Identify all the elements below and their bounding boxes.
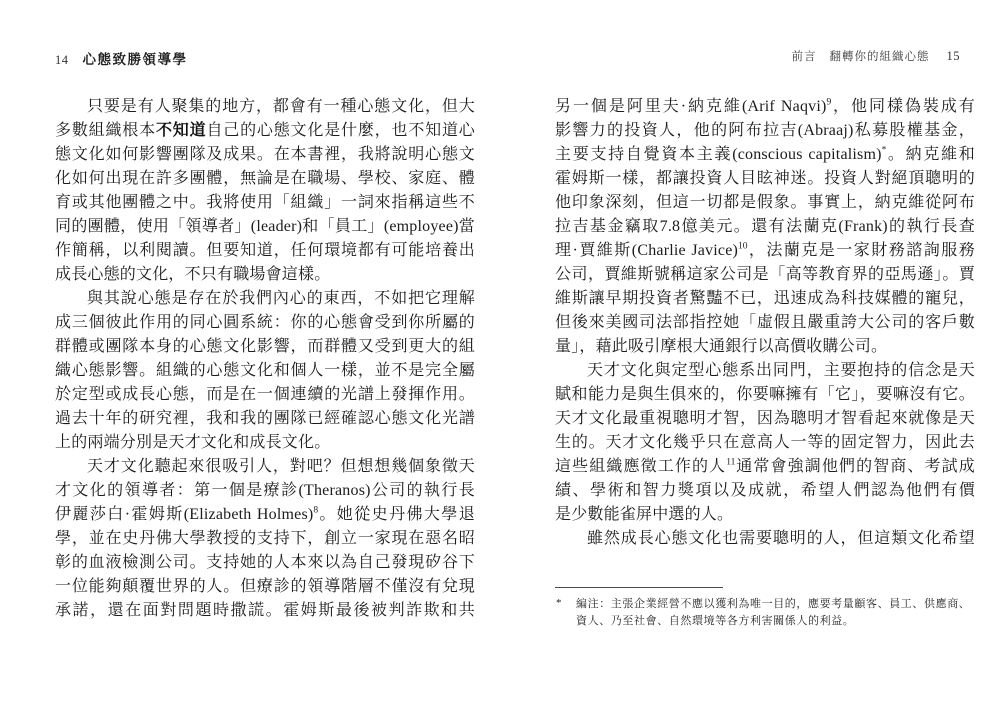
- text-line: 群體或團隊本身的心態文化影響，而群體又受到更大的組: [55, 335, 475, 359]
- text-line: 天才文化聽起來很吸引人，對吧？但想想幾個象徵天: [55, 455, 475, 479]
- text-line: 成長心態的文化，不只有職場會這樣。: [55, 263, 475, 287]
- text-line: 天才文化最重視聰明才智，因為聰明才智看起來就像是天: [555, 407, 975, 431]
- text-line: 成三個彼此作用的同心圓系統：你的心態會受到你所屬的: [55, 311, 475, 335]
- text-line: 霍姆斯一樣，都讓投資人目眩神迷。投資人對絕頂聰明的: [555, 167, 975, 191]
- text-line: 雖然成長心態文化也需要聰明的人，但這類文化希望: [555, 527, 975, 551]
- text-line: 過去十年的研究裡，我和我的團隊已經確認心態文化光譜: [55, 407, 475, 431]
- text-line: 同的團體，使用「領導者」(leader)和「員工」(employee)當: [55, 215, 475, 239]
- text-line: 彰的血液檢測公司。支持她的人本來以為自己發現矽谷下: [55, 551, 475, 575]
- text-line: 是少數能雀屏中選的人。: [555, 503, 975, 527]
- text-line: 上的兩端分別是天才文化和成長文化。: [55, 431, 475, 455]
- text-line: 績、學術和智力獎項以及成就，希望人們認為他們有價值、: [555, 479, 975, 503]
- footnote-marker: *: [556, 597, 562, 609]
- text-line: 量」，藉此吸引摩根大通銀行以高價收購公司。: [555, 335, 975, 359]
- page-number-left: 14: [55, 53, 69, 68]
- text-line: 賦和能力是與生俱來的，你要嘛擁有「它」，要嘛沒有它。: [555, 383, 975, 407]
- text-line: 生的。天才文化幾乎只在意高人一等的固定智力，因此去: [555, 431, 975, 455]
- text-line: 作簡稱，以利閱讀。但要知道，任何環境都有可能培養出: [55, 239, 475, 263]
- text-line: 資人、乃至社會、自然環境等各方利害關係人的利益。: [576, 613, 975, 630]
- text-line: 維斯讓早期投資者驚豔不已，迅速成為科技媒體的寵兒，: [555, 287, 975, 311]
- text-line: 織心態影響。組織的心態文化和個人一樣，並不是完全屬: [55, 359, 475, 383]
- text-line: 天才文化與定型心態系出同門，主要抱持的信念是天: [555, 359, 975, 383]
- text-line: 理·賈維斯(Charlie Javice)10，法蘭克是一家財務諮詢服務: [555, 239, 975, 263]
- text-line: 伊麗莎白·霍姆斯(Elizabeth Holmes)8。她從史丹佛大學退: [55, 503, 475, 527]
- text-line: 態文化如何影響團隊及成果。在本書裡，我將說明心態文: [55, 143, 475, 167]
- text-line: 學，並在史丹佛大學教授的支持下，創立一家現在惡名昭: [55, 527, 475, 551]
- text-line: 與其說心態是存在於我們內心的東西，不如把它理解: [55, 287, 475, 311]
- chapter-title: 翻轉你的組織心態: [830, 48, 930, 64]
- text-line: 這些組織應徵工作的人11通常會強調他們的智商、考試成: [555, 455, 975, 479]
- section-label: 前言: [792, 48, 817, 64]
- text-line: 育或其他團體之中。我將使用「組織」一詞來指稱這些不: [55, 191, 475, 215]
- running-head-left: 14 心態致勝領導學: [55, 48, 188, 68]
- text-line: 承諾，還在面對問題時撒謊。霍姆斯最後被判詐欺和共謀。: [55, 599, 475, 623]
- footnote-lines: 編注：主張企業經營不應以獲利為唯一目的，應要考量顧客、員工、供應商、投資人、乃至…: [576, 596, 975, 630]
- footnote: * 編注：主張企業經營不應以獲利為唯一目的，應要考量顧客、員工、供應商、投資人、…: [555, 587, 975, 630]
- footnote-text: * 編注：主張企業經營不應以獲利為唯一目的，應要考量顧客、員工、供應商、投資人、…: [555, 596, 975, 630]
- footnote-divider: [555, 587, 723, 588]
- running-head-right: 前言 翻轉你的組織心態 15: [792, 48, 961, 64]
- text-line: 一位能夠顛覆世界的人。但療診的領導階層不僅沒有兌現: [55, 575, 475, 599]
- book-title: 心態致勝領導學: [83, 48, 188, 68]
- text-line: 化如何出現在許多團體，無論是在職場、學校、家庭、體: [55, 167, 475, 191]
- text-line: 另一個是阿里夫·納克維(Arif Naqvi)9，他同樣偽裝成有: [555, 95, 975, 119]
- text-line: 多數組織根本不知道自己的心態文化是什麼，也不知道心: [55, 119, 475, 143]
- text-line: 公司，賈維斯號稱這家公司是「高等教育界的亞馬遜」。賈: [555, 263, 975, 287]
- text-line: 影響力的投資人，他的阿布拉吉(Abraaj)私募股權基金，: [555, 119, 975, 143]
- body-text-left: 只要是有人聚集的地方，都會有一種心態文化，但大多數組織根本不知道自己的心態文化是…: [55, 95, 475, 623]
- text-line: 但後來美國司法部指控她「虛假且嚴重誇大公司的客戶數: [555, 311, 975, 335]
- text-line: 編注：主張企業經營不應以獲利為唯一目的，應要考量顧客、員工、供應商、投: [576, 596, 975, 613]
- text-line: 拉吉基金竊取7.8億美元。還有法蘭克(Frank)的執行長查: [555, 215, 975, 239]
- text-line: 才文化的領導者：第一個是療診(Theranos)公司的執行長: [55, 479, 475, 503]
- text-line: 只要是有人聚集的地方，都會有一種心態文化，但大: [55, 95, 475, 119]
- text-line: 於定型或成長心態，而是在一個連續的光譜上發揮作用。: [55, 383, 475, 407]
- text-line: 他印象深刻，但這一切都是假象。事實上，納克維從阿布: [555, 191, 975, 215]
- body-text-right: 另一個是阿里夫·納克維(Arif Naqvi)9，他同樣偽裝成有影響力的投資人，…: [555, 95, 975, 551]
- text-line: 主要支持自覺資本主義(conscious capitalism)*。納克維和: [555, 143, 975, 167]
- page-number-right: 15: [947, 49, 961, 64]
